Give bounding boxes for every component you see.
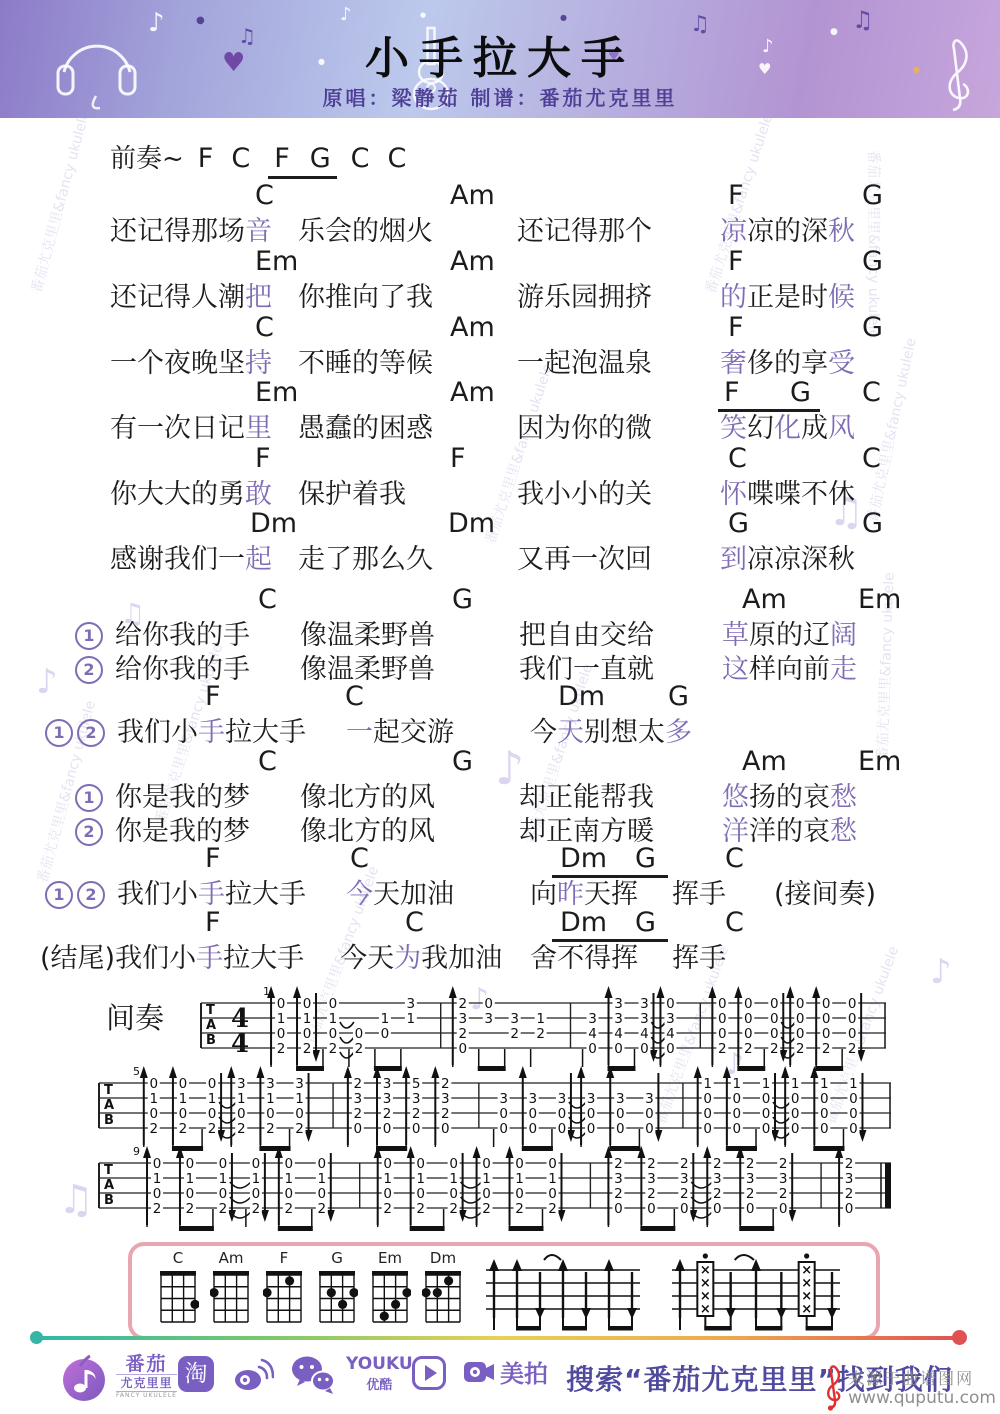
svg-text:0: 0	[528, 1121, 537, 1137]
svg-text:0: 0	[645, 1121, 654, 1137]
svg-text:2: 2	[295, 1121, 304, 1137]
svg-text:0: 0	[515, 1156, 524, 1172]
svg-text:×: ×	[801, 1302, 812, 1317]
svg-text:2: 2	[746, 1186, 755, 1202]
svg-text:0: 0	[779, 1201, 788, 1217]
svg-text:3: 3	[510, 1011, 519, 1027]
chord-label: C	[345, 681, 364, 712]
lyric-run: 手	[196, 943, 223, 974]
brand-name-en: FANCY UKULELE	[116, 1392, 177, 1400]
prelude-underlined-chords: FG	[268, 143, 336, 179]
chord-label: C	[862, 377, 881, 408]
chord-label: C	[725, 907, 744, 938]
svg-text:2: 2	[746, 1156, 755, 1172]
svg-text:0: 0	[666, 1041, 675, 1057]
chord-diagram-name: Dm	[421, 1250, 465, 1266]
meipai-camera-icon	[462, 1355, 496, 1389]
svg-text:×: ×	[700, 1302, 711, 1317]
svg-text:0: 0	[744, 1011, 753, 1027]
divider-left-dot	[30, 1331, 43, 1344]
lyric-run: 有一次日记	[110, 413, 245, 444]
lyric-run: 手	[198, 879, 225, 910]
svg-text:1: 1	[733, 1076, 742, 1092]
lyric-run: 拉大手	[225, 717, 306, 748]
svg-text:0: 0	[848, 996, 857, 1012]
strum-pattern-2: ××××××××	[670, 1252, 842, 1336]
svg-text:3: 3	[588, 1011, 597, 1027]
svg-text:3: 3	[680, 1171, 689, 1187]
tab-staff-row: TAB9010201020102010201020102010201020102…	[95, 1143, 895, 1239]
svg-text:2: 2	[770, 1041, 779, 1057]
chord-label: F	[205, 907, 221, 938]
svg-text:3: 3	[354, 1091, 363, 1107]
chord-label: C	[258, 584, 277, 615]
svg-text:0: 0	[179, 1106, 188, 1122]
lyric-run: 乐会的烟火	[298, 216, 433, 247]
svg-text:0: 0	[285, 1186, 294, 1202]
svg-text:0: 0	[482, 1156, 491, 1172]
svg-text:2: 2	[614, 1156, 623, 1172]
svg-text:0: 0	[208, 1076, 217, 1092]
chord-diagram-Em: Em	[368, 1250, 412, 1330]
svg-text:0: 0	[186, 1156, 195, 1172]
svg-text:4: 4	[614, 1026, 623, 1042]
svg-text:0: 0	[548, 1186, 557, 1202]
svg-text:0: 0	[796, 1011, 805, 1027]
svg-text:3: 3	[614, 1011, 623, 1027]
svg-text:0: 0	[820, 1121, 829, 1137]
lyric-run: 我们小	[115, 943, 196, 974]
brand-logo[interactable]: 番茄 尤克里里 FANCY UKULELE	[60, 1350, 177, 1404]
lyric-run: (接间奏)	[774, 879, 876, 910]
svg-text:0: 0	[499, 1121, 508, 1137]
svg-text:0: 0	[186, 1186, 195, 1202]
svg-text:0: 0	[515, 1186, 524, 1202]
svg-text:2: 2	[441, 1076, 450, 1092]
brand-name-top: 番茄	[116, 1354, 177, 1374]
circled-number: 1	[45, 719, 73, 747]
chord-label: Em	[255, 377, 298, 408]
youku-cn: 优酷	[346, 1374, 413, 1393]
svg-text:0: 0	[791, 1091, 800, 1107]
svg-text:0: 0	[849, 1121, 858, 1137]
svg-text:2: 2	[441, 1106, 450, 1122]
chord-diagram-C: C	[156, 1250, 200, 1330]
svg-text:3: 3	[713, 1171, 722, 1187]
play-button-icon[interactable]	[412, 1356, 446, 1390]
chord-label: C	[255, 180, 274, 211]
svg-text:0: 0	[796, 1026, 805, 1042]
chord-label: C	[405, 907, 424, 938]
svg-text:0: 0	[149, 1106, 158, 1122]
lyric-run: 奢	[720, 348, 747, 379]
svg-text:0: 0	[848, 1011, 857, 1027]
circled-number: 1	[75, 622, 103, 650]
lyric-run: 天	[557, 717, 584, 748]
lyric-run: 里	[245, 413, 272, 444]
chord-label: C	[862, 443, 881, 474]
svg-text:0: 0	[355, 1026, 364, 1042]
lyric-run: 我加油	[421, 943, 502, 974]
svg-text:2: 2	[647, 1156, 656, 1172]
lyric-run: 一个夜晚坚	[110, 348, 245, 379]
svg-text:2: 2	[266, 1121, 275, 1137]
lyric-run: 受	[828, 348, 855, 379]
svg-text:1: 1	[449, 1171, 458, 1187]
svg-text:0: 0	[614, 1201, 623, 1217]
lyric-run: 凉的深	[747, 216, 828, 247]
svg-text:1: 1	[407, 1011, 416, 1027]
svg-text:0: 0	[587, 1106, 596, 1122]
lyric-run: 侈的享	[747, 348, 828, 379]
chord-label: Em	[858, 584, 901, 615]
svg-text:0: 0	[499, 1106, 508, 1122]
svg-text:0: 0	[849, 1091, 858, 1107]
svg-text:1: 1	[237, 1091, 246, 1107]
svg-text:0: 0	[616, 1106, 625, 1122]
wechat-icon[interactable]	[290, 1354, 336, 1396]
svg-text:2: 2	[713, 1156, 722, 1172]
chord-diagram-Am: Am	[209, 1250, 253, 1330]
lyric-run: 我小小的关	[517, 479, 652, 510]
svg-text:3: 3	[266, 1076, 275, 1092]
lyric-run: 持	[245, 348, 272, 379]
svg-text:0: 0	[449, 1186, 458, 1202]
lyric-run: 音	[245, 216, 272, 247]
lyric-run: 风	[828, 413, 855, 444]
lyric-run: 成	[801, 413, 828, 444]
lyric-run: 幻	[747, 413, 774, 444]
lyric-run: 拉大手	[225, 879, 306, 910]
svg-text:3: 3	[614, 996, 623, 1012]
svg-text:0: 0	[791, 1121, 800, 1137]
svg-text:0: 0	[381, 1026, 390, 1042]
sheet-body: 前奏~FCFGCC CAmFG还记得那场音乐会的烟火还记得那个凉凉的深秋EmAm…	[0, 0, 1000, 1414]
circled-number: 1	[75, 784, 103, 812]
prelude-chord: F	[274, 143, 290, 174]
chord-diagram-name: G	[315, 1250, 359, 1266]
lyric-run: 的	[720, 282, 747, 313]
svg-text:0: 0	[640, 1041, 649, 1057]
svg-text:1: 1	[703, 1076, 712, 1092]
svg-text:2: 2	[449, 1201, 458, 1217]
svg-text:0: 0	[849, 1106, 858, 1122]
chord-label: G	[452, 746, 473, 777]
chord-diagram-box: CAmFGEmDm××××××××	[128, 1242, 880, 1340]
svg-text:2: 2	[412, 1106, 421, 1122]
svg-text:0: 0	[277, 1026, 286, 1042]
svg-text:1: 1	[383, 1171, 392, 1187]
svg-text:1: 1	[329, 1011, 338, 1027]
svg-text:2: 2	[186, 1201, 195, 1217]
svg-text:0: 0	[383, 1121, 392, 1137]
chord-label: F	[728, 246, 744, 277]
prelude-chord: G	[310, 143, 331, 174]
svg-text:4: 4	[640, 1026, 649, 1042]
svg-text:5: 5	[133, 1065, 140, 1078]
source-site-name: 来源于曲谱图网	[848, 1369, 996, 1388]
svg-text:3: 3	[616, 1091, 625, 1107]
svg-text:2: 2	[779, 1186, 788, 1202]
svg-text:3: 3	[407, 996, 416, 1012]
lyric-run: 手	[198, 717, 225, 748]
svg-text:5: 5	[412, 1076, 421, 1092]
chord-label: Am	[450, 180, 495, 211]
svg-text:0: 0	[703, 1121, 712, 1137]
svg-text:0: 0	[845, 1201, 854, 1217]
svg-text:0: 0	[666, 996, 675, 1012]
circled-number: 2	[75, 818, 103, 846]
lyric-run: 天加油	[373, 879, 454, 910]
lyric-line: 还记得人潮把你推向了我游乐园拥挤的正是时候	[110, 275, 855, 314]
chord-label: G	[862, 246, 883, 277]
svg-text:2: 2	[252, 1201, 261, 1217]
chord-label: Em	[858, 746, 901, 777]
svg-text:1: 1	[820, 1076, 829, 1092]
chord-label: Am	[742, 584, 787, 615]
svg-text:0: 0	[449, 1156, 458, 1172]
prelude-chord: C	[231, 143, 250, 174]
svg-text:0: 0	[733, 1091, 742, 1107]
svg-text:3: 3	[647, 1171, 656, 1187]
lyric-run: 怀	[720, 479, 747, 510]
svg-text:3: 3	[779, 1171, 788, 1187]
lyric-run: 还记得那个	[517, 216, 652, 247]
brand-name-bottom: 尤克里里	[116, 1374, 177, 1392]
svg-text:0: 0	[484, 996, 493, 1012]
chord-label: G	[862, 508, 883, 539]
svg-text:2: 2	[680, 1186, 689, 1202]
svg-text:3: 3	[484, 1011, 493, 1027]
lyric-line: (结尾)我们小手拉大手今天为我加油舍不得挥挥手	[40, 936, 726, 975]
chord-sheet-page: 番茄尤克里里&fancy ukulele番茄尤克里里&fancy ukulele…	[0, 0, 1000, 1414]
svg-text:2: 2	[548, 1201, 557, 1217]
svg-text:0: 0	[252, 1186, 261, 1202]
chord-label: Am	[450, 312, 495, 343]
svg-text:0: 0	[645, 1106, 654, 1122]
interlude-label: 间奏	[106, 996, 164, 1037]
chord-label: C	[728, 443, 747, 474]
strum-pattern-1	[484, 1252, 642, 1336]
prelude-chord: F	[198, 143, 214, 174]
lyric-run: 挥手	[672, 879, 726, 910]
svg-text:2: 2	[354, 1106, 363, 1122]
lyric-run: 化	[774, 413, 801, 444]
svg-text:0: 0	[770, 996, 779, 1012]
taobao-icon[interactable]: 淘	[178, 1356, 214, 1392]
weibo-icon[interactable]	[232, 1354, 274, 1396]
lyric-run: (结尾)	[40, 943, 115, 974]
svg-text:0: 0	[416, 1186, 425, 1202]
chord-label: Dm	[558, 681, 605, 712]
svg-text:3: 3	[614, 1171, 623, 1187]
svg-text:0: 0	[680, 1201, 689, 1217]
svg-text:T: T	[206, 1003, 215, 1018]
circled-number: 2	[77, 881, 105, 909]
svg-text:1: 1	[277, 1011, 286, 1027]
lyric-run: 多	[665, 717, 692, 748]
svg-text:0: 0	[303, 1026, 312, 1042]
svg-text:1: 1	[186, 1171, 195, 1187]
chord-label: G	[790, 377, 811, 408]
footer-divider	[40, 1336, 960, 1340]
svg-text:0: 0	[713, 1201, 722, 1217]
svg-text:0: 0	[412, 1121, 421, 1137]
lyric-run: 走了那么久	[298, 544, 433, 575]
lyric-run: 舍不得挥	[530, 943, 638, 974]
svg-text:0: 0	[822, 1026, 831, 1042]
svg-text:0: 0	[770, 1011, 779, 1027]
svg-text:2: 2	[845, 1156, 854, 1172]
svg-text:0: 0	[796, 996, 805, 1012]
svg-text:0: 0	[718, 1026, 727, 1042]
lyric-run: 拉大手	[223, 943, 304, 974]
svg-text:1: 1	[548, 1171, 557, 1187]
lyric-run: 又再一次回	[517, 544, 652, 575]
lyric-run: 因为你的微	[517, 413, 652, 444]
svg-text:1: 1	[266, 1091, 275, 1107]
lyric-run: 不睡的等候	[298, 348, 433, 379]
svg-text:0: 0	[820, 1091, 829, 1107]
svg-text:0: 0	[252, 1156, 261, 1172]
lyric-run: 凉	[720, 216, 747, 247]
lyric-run: 秋	[828, 216, 855, 247]
chord-label: F	[728, 312, 744, 343]
svg-text:3: 3	[645, 1091, 654, 1107]
chord-label: F	[450, 443, 466, 474]
chord-diagram-G: G	[315, 1250, 359, 1330]
chord-label: G	[862, 312, 883, 343]
svg-text:1: 1	[515, 1171, 524, 1187]
svg-text:0: 0	[317, 1186, 326, 1202]
svg-text:0: 0	[744, 1026, 753, 1042]
chord-label: G	[728, 508, 749, 539]
svg-text:0: 0	[441, 1121, 450, 1137]
lyric-line: 你大大的勇敢保护着我我小小的关怀喋喋不休	[110, 472, 855, 511]
svg-text:0: 0	[179, 1076, 188, 1092]
lyric-run: 我们小	[117, 717, 198, 748]
svg-text:0: 0	[383, 1186, 392, 1202]
svg-text:3: 3	[640, 1011, 649, 1027]
svg-text:0: 0	[746, 1201, 755, 1217]
svg-text:0: 0	[548, 1156, 557, 1172]
chord-diagram-name: F	[262, 1250, 306, 1266]
lyric-run: 保护着我	[298, 479, 406, 510]
svg-text:0: 0	[703, 1106, 712, 1122]
svg-text:0: 0	[149, 1076, 158, 1092]
chord-label: Em	[255, 246, 298, 277]
svg-text:3: 3	[237, 1076, 246, 1092]
svg-text:2: 2	[153, 1201, 162, 1217]
svg-text:0: 0	[822, 1011, 831, 1027]
lyric-run: 感谢我们一	[110, 544, 245, 575]
svg-text:B: B	[206, 1033, 216, 1048]
svg-text:0: 0	[733, 1121, 742, 1137]
prelude-chord: C	[388, 143, 407, 174]
circled-number: 2	[77, 719, 105, 747]
lyric-run: 还记得那场	[110, 216, 245, 247]
svg-text:3: 3	[499, 1091, 508, 1107]
svg-text:B: B	[104, 1113, 114, 1128]
svg-text:2: 2	[848, 1041, 857, 1057]
svg-text:0: 0	[616, 1121, 625, 1137]
svg-text:2: 2	[680, 1156, 689, 1172]
svg-text:3: 3	[666, 1011, 675, 1027]
svg-text:0: 0	[762, 1106, 771, 1122]
svg-text:1: 1	[179, 1091, 188, 1107]
svg-text:1: 1	[295, 1091, 304, 1107]
svg-text:1: 1	[536, 1011, 545, 1027]
chord-diagram-name: Am	[209, 1250, 253, 1266]
chord-label: Dm	[560, 907, 607, 938]
divider-right-dot	[952, 1330, 967, 1345]
lyric-line: 有一次日记里愚蠢的困惑因为你的微笑幻化成风	[110, 406, 855, 445]
lyric-run: 一起泡温泉	[517, 348, 652, 379]
lyric-run: 还记得人潮	[110, 282, 245, 313]
svg-text:2: 2	[149, 1121, 158, 1137]
lyric-run: 正是时	[747, 282, 828, 313]
svg-text:9: 9	[133, 1145, 140, 1158]
svg-text:2: 2	[845, 1186, 854, 1202]
svg-text:3: 3	[441, 1091, 450, 1107]
chord-label: C	[258, 746, 277, 777]
svg-text:0: 0	[703, 1091, 712, 1107]
svg-text:0: 0	[770, 1026, 779, 1042]
svg-text:1: 1	[317, 1171, 326, 1187]
svg-text:0: 0	[822, 996, 831, 1012]
svg-text:4: 4	[666, 1026, 675, 1042]
svg-text:0: 0	[744, 996, 753, 1012]
svg-text:0: 0	[354, 1121, 363, 1137]
svg-text:2: 2	[647, 1186, 656, 1202]
svg-text:1: 1	[252, 1171, 261, 1187]
chord-label: G	[668, 681, 689, 712]
lyric-run: 候	[828, 282, 855, 313]
lyric-run: 凉凉深秋	[747, 544, 855, 575]
lyric-run: 今天	[340, 943, 394, 974]
svg-text:0: 0	[153, 1186, 162, 1202]
chord-label: C	[350, 843, 369, 874]
svg-text:1: 1	[219, 1171, 228, 1187]
svg-text:3: 3	[383, 1076, 392, 1092]
svg-text:2: 2	[219, 1201, 228, 1217]
svg-text:B: B	[104, 1193, 114, 1208]
svg-text:0: 0	[285, 1156, 294, 1172]
meipai-logo[interactable]: 美拍	[462, 1354, 548, 1389]
svg-text:0: 0	[733, 1106, 742, 1122]
svg-text:2: 2	[510, 1026, 519, 1042]
chord-label: G	[635, 907, 656, 938]
svg-text:0: 0	[588, 1041, 597, 1057]
lyric-run: 愚蠢的困惑	[298, 413, 433, 444]
chord-label: F	[205, 843, 221, 874]
svg-text:0: 0	[266, 1106, 275, 1122]
lyric-run: 向	[530, 879, 557, 910]
svg-text:2: 2	[208, 1121, 217, 1137]
svg-text:0: 0	[277, 996, 286, 1012]
svg-text:3: 3	[746, 1171, 755, 1187]
prelude-label: 前奏~	[110, 144, 184, 174]
chord-label: F	[205, 681, 221, 712]
svg-text:2: 2	[329, 1041, 338, 1057]
svg-text:1: 1	[791, 1076, 800, 1092]
youku-logo[interactable]: YOUKU 优酷	[346, 1354, 413, 1393]
svg-text:3: 3	[458, 1011, 467, 1027]
lyric-run: 一	[346, 717, 373, 748]
svg-text:1: 1	[285, 1171, 294, 1187]
svg-text:1: 1	[381, 1011, 390, 1027]
svg-text:0: 0	[791, 1106, 800, 1122]
